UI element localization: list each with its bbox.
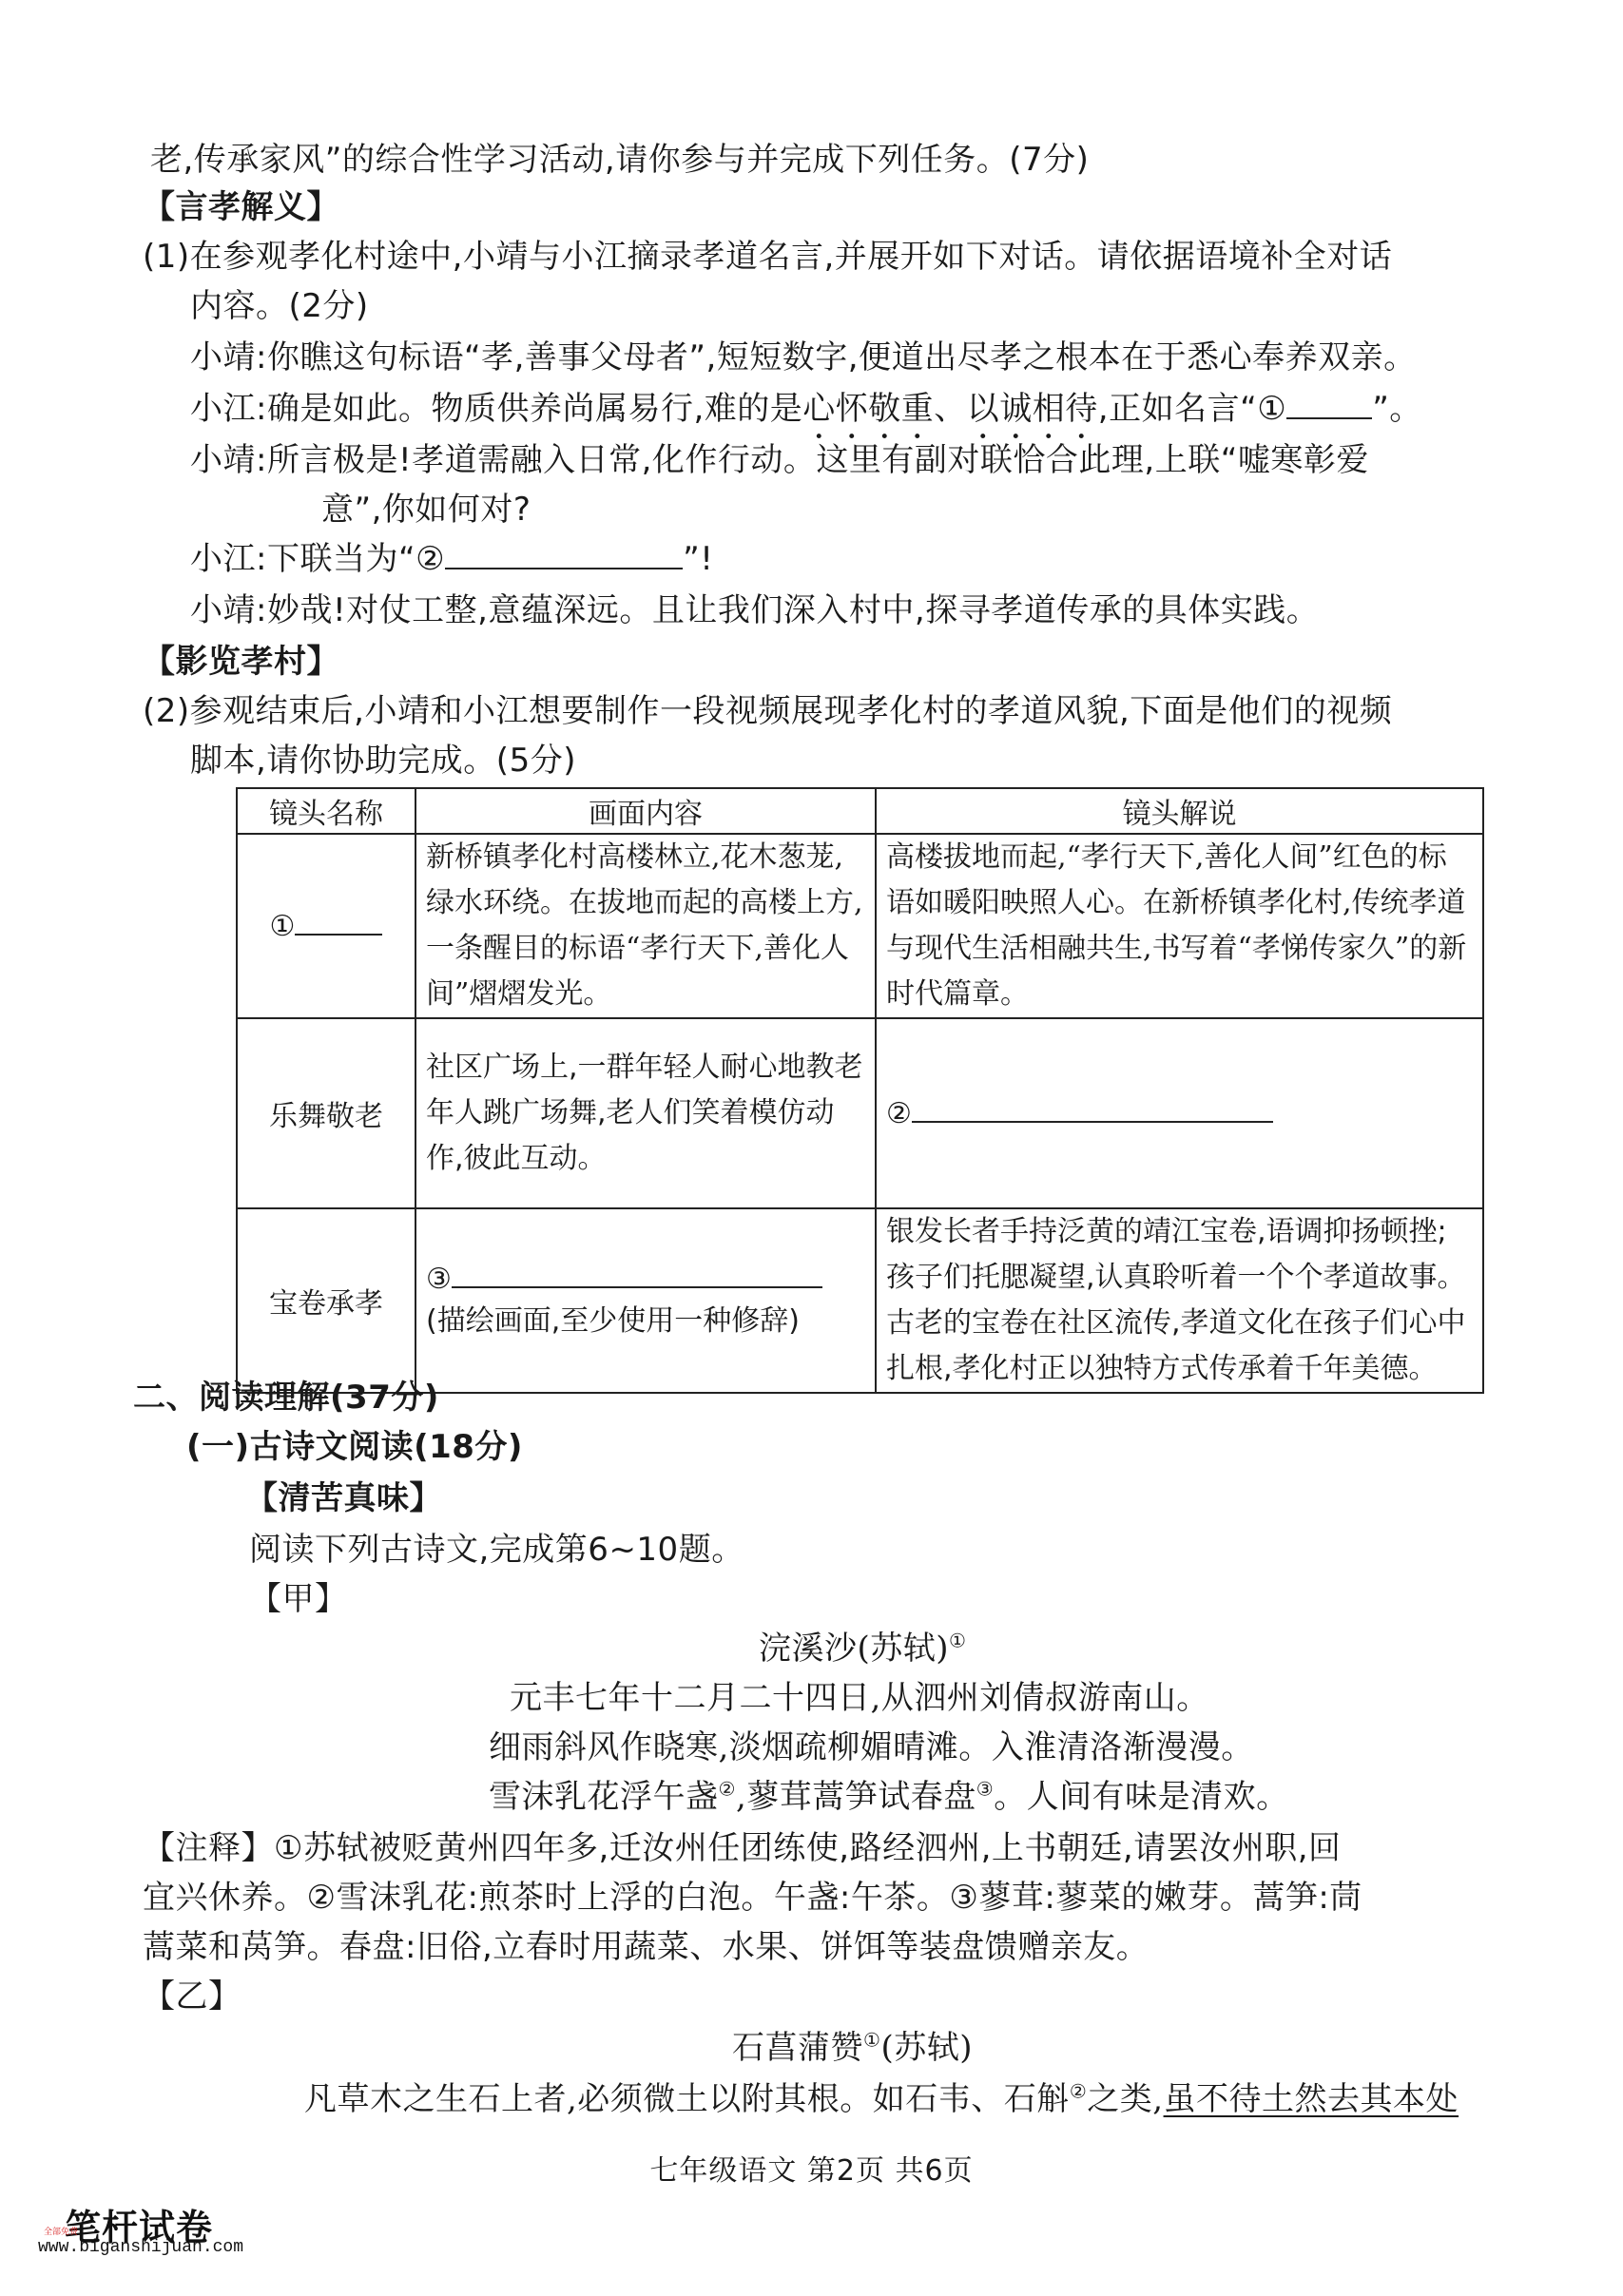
section-heading-yanxiao: 【言孝解义】 bbox=[143, 186, 339, 228]
answer-blank-2[interactable] bbox=[445, 539, 683, 569]
page-footer: 七年级语文 第2页 共6页 bbox=[0, 2147, 1623, 2189]
table-header-row: 镜头名称 画面内容 镜头解说 bbox=[237, 788, 1483, 834]
dialogue-text: ”! bbox=[683, 540, 713, 578]
prose-author: (苏轼) bbox=[880, 2029, 973, 2067]
content-hint: (描绘画面,至少使用一种修辞) bbox=[426, 1301, 865, 1342]
question-2-line2: 脚本,请你协助完成。(5分) bbox=[190, 740, 576, 781]
dialogue-text: 所言极是!孝道需融入日常,化作行动。这里有副对联恰合此理,上联“嘘寒彰爱 bbox=[267, 441, 1369, 479]
scene-content-cell: 社区广场上,一群年轻人耐心地教老年人跳广场舞,老人们笑着模仿动作,彼此互动。 bbox=[415, 1018, 876, 1208]
shot-name-cell: 乐舞敬老 bbox=[237, 1018, 415, 1208]
footnote-marker: ① bbox=[949, 1630, 966, 1652]
poem-text: 。人间有味是清欢。 bbox=[994, 1778, 1289, 1816]
watermark-url: www.biganshijuan.com bbox=[38, 2238, 243, 2257]
prose-text: 凡草木之生石上者,必须微土以附其根。如石韦、石斛 bbox=[304, 2080, 1070, 2118]
dialogue-text: 下联当为“② bbox=[267, 540, 445, 578]
dialogue-text: ”。 bbox=[1372, 390, 1422, 428]
dialogue-text: 确是如此。物质供养尚属易行,难的是 bbox=[267, 390, 802, 428]
reading-instruction: 阅读下列古诗文,完成第6~10题。 bbox=[249, 1529, 744, 1571]
answer-blank-1[interactable] bbox=[1286, 389, 1372, 419]
poem-title-text: 浣溪沙(苏轼) bbox=[759, 1630, 949, 1668]
blank-marker: ② bbox=[886, 1097, 912, 1130]
emphasized-text: 以诚相待 bbox=[967, 390, 1098, 428]
prose-text: 之类, bbox=[1087, 2080, 1163, 2118]
intro-line: 老,传承家风”的综合性学习活动,请你参与并完成下列任务。(7分) bbox=[150, 139, 1089, 181]
column-header: 镜头名称 bbox=[237, 788, 415, 834]
theme-heading: 【清苦真味】 bbox=[245, 1477, 442, 1519]
passage-label-yi: 【乙】 bbox=[143, 1976, 242, 2017]
poem-title: 浣溪沙(苏轼)① bbox=[759, 1628, 966, 1669]
speaker: 小江: bbox=[190, 540, 267, 578]
footnote-marker: ② bbox=[719, 1778, 736, 1801]
table-row: ① 新桥镇孝化村高楼林立,花木葱茏,绿水环绕。在拔地而起的高楼上方,一条醒目的标… bbox=[237, 834, 1483, 1018]
dialogue-line-2: 小江:确是如此。物质供养尚属易行,难的是心怀敬重、以诚相待,正如名言“①”。 bbox=[190, 388, 1422, 447]
shot-name-cell: ① bbox=[237, 834, 415, 1018]
narration-cell: 银发长者手持泛黄的靖江宝卷,语调抑扬顿挫;孩子们托腮凝望,认真聆听着一个个孝道故… bbox=[876, 1208, 1483, 1393]
footnote-marker: ① bbox=[863, 2029, 880, 2052]
prose-title-text: 石菖蒲赞 bbox=[732, 2029, 863, 2067]
dialogue-text: 、 bbox=[934, 390, 967, 428]
blank-marker: ① bbox=[270, 910, 296, 943]
dialogue-line-4: 小江:下联当为“②”! bbox=[190, 538, 713, 580]
prose-title: 石菖蒲赞①(苏轼) bbox=[732, 2027, 973, 2069]
speaker: 小靖: bbox=[190, 591, 267, 629]
prose-line-1: 凡草木之生石上者,必须微土以附其根。如石韦、石斛②之类,虽不待土然去其本处 bbox=[304, 2078, 1459, 2120]
content-blank-wrap: ③ bbox=[426, 1259, 865, 1301]
narration-text: 高楼拔地而起,“孝行天下,善化人间”红色的标语如暖阳映照人心。在新桥镇孝化村,传… bbox=[886, 835, 1473, 1017]
shot-name-cell: 宝卷承孝 bbox=[237, 1208, 415, 1393]
emphasized-text: 心怀敬重 bbox=[802, 390, 934, 428]
question-1-line1: (1)在参观孝化村途中,小靖与小江摘录孝道名言,并展开如下对话。请依据语境补全对… bbox=[143, 236, 1392, 278]
answer-blank-narration[interactable] bbox=[912, 1100, 1273, 1123]
poem-line-1: 细雨斜风作晓寒,淡烟疏柳媚晴滩。入淮清洛渐漫漫。 bbox=[489, 1727, 1254, 1768]
dialogue-text: 你瞧这句标语“孝,善事父母者”,短短数字,便道出尽孝之根本在于悉心奉养双亲。 bbox=[267, 338, 1417, 376]
dialogue-line-3: 小靖:所言极是!孝道需融入日常,化作行动。这里有副对联恰合此理,上联“嘘寒彰爱 bbox=[190, 439, 1369, 481]
answer-blank-content[interactable] bbox=[452, 1265, 822, 1288]
dialogue-line-5: 小靖:妙哉!对仗工整,意蕴深远。且让我们深入村中,探寻孝道传承的具体实践。 bbox=[190, 589, 1319, 631]
speaker: 小江: bbox=[190, 390, 267, 428]
scene-content-cell: 新桥镇孝化村高楼林立,花木葱茏,绿水环绕。在拔地而起的高楼上方,一条醒目的标语“… bbox=[415, 834, 876, 1018]
footnote-marker: ② bbox=[1070, 2080, 1087, 2103]
watermark-free-tag: 全部免费 bbox=[44, 2225, 78, 2237]
dialogue-text: ,正如名言“① bbox=[1098, 390, 1286, 428]
speaker: 小靖: bbox=[190, 441, 267, 479]
scene-content-text: 社区广场上,一群年轻人耐心地教老年人跳广场舞,老人们笑着模仿动作,彼此互动。 bbox=[426, 1045, 865, 1182]
subsection-title-classical: (一)古诗文阅读(18分) bbox=[186, 1426, 523, 1468]
answer-blank-shot-name[interactable] bbox=[295, 915, 382, 936]
video-script-table: 镜头名称 画面内容 镜头解说 ① 新桥镇孝化村高楼林立,花木葱茏,绿水环绕。在拔… bbox=[236, 787, 1484, 1394]
dialogue-line-3-cont: 意”,你如何对? bbox=[321, 489, 531, 531]
speaker: 小靖: bbox=[190, 338, 267, 376]
table-row: 乐舞敬老 社区广场上,一群年轻人耐心地教老年人跳广场舞,老人们笑着模仿动作,彼此… bbox=[237, 1018, 1483, 1208]
footnote-marker: ③ bbox=[976, 1778, 994, 1801]
scene-content-cell: ③ (描绘画面,至少使用一种修辞) bbox=[415, 1208, 876, 1393]
notes-line-3: 蒿菜和莴笋。春盘:旧俗,立春时用蔬菜、水果、饼饵等装盘馈赠亲友。 bbox=[143, 1926, 1149, 1968]
question-1-line2: 内容。(2分) bbox=[190, 285, 369, 327]
section-title-reading: 二、阅读理解(37分) bbox=[133, 1377, 439, 1418]
notes-line-2: 宜兴休养。②雪沫乳花:煎茶时上浮的白泡。午盏:午茶。③蓼茸:蓼菜的嫩芽。蒿笋:茼 bbox=[143, 1877, 1362, 1919]
column-header: 镜头解说 bbox=[876, 788, 1483, 834]
scene-content-text: 新桥镇孝化村高楼林立,花木葱茏,绿水环绕。在拔地而起的高楼上方,一条醒目的标语“… bbox=[426, 835, 865, 1017]
column-header: 画面内容 bbox=[415, 788, 876, 834]
section-heading-yinglan: 【影览孝村】 bbox=[143, 641, 339, 683]
passage-label-jia: 【甲】 bbox=[249, 1578, 348, 1620]
poem-preface: 元丰七年十二月二十四日,从泗州刘倩叔游南山。 bbox=[510, 1677, 1209, 1719]
dialogue-text: 妙哉!对仗工整,意蕴深远。且让我们深入村中,探寻孝道传承的具体实践。 bbox=[267, 591, 1319, 629]
underlined-sentence: 虽不待土然去其本处 bbox=[1164, 2080, 1459, 2118]
poem-line-2: 雪沫乳花浮午盏②,蓼茸蒿笋试春盘③。人间有味是清欢。 bbox=[489, 1776, 1289, 1818]
narration-cell: ② bbox=[876, 1018, 1483, 1208]
narration-cell: 高楼拔地而起,“孝行天下,善化人间”红色的标语如暖阳映照人心。在新桥镇孝化村,传… bbox=[876, 834, 1483, 1018]
blank-marker: ③ bbox=[426, 1263, 452, 1296]
narration-text: 银发长者手持泛黄的靖江宝卷,语调抑扬顿挫;孩子们托腮凝望,认真聆听着一个个孝道故… bbox=[886, 1209, 1473, 1392]
table-row: 宝卷承孝 ③ (描绘画面,至少使用一种修辞) 银发长者手持泛黄的靖江宝卷,语调抑… bbox=[237, 1208, 1483, 1393]
notes-line-1: 【注释】①苏轼被贬黄州四年多,迁汝州任团练使,路经泗州,上书朝廷,请罢汝州职,回 bbox=[143, 1827, 1342, 1869]
question-2-line1: (2)参观结束后,小靖和小江想要制作一段视频展现孝化村的孝道风貌,下面是他们的视… bbox=[143, 690, 1392, 732]
poem-text: ,蓼茸蒿笋试春盘 bbox=[736, 1778, 976, 1816]
dialogue-line-1: 小靖:你瞧这句标语“孝,善事父母者”,短短数字,便道出尽孝之根本在于悉心奉养双亲… bbox=[190, 337, 1417, 378]
poem-text: 雪沫乳花浮午盏 bbox=[489, 1778, 719, 1816]
